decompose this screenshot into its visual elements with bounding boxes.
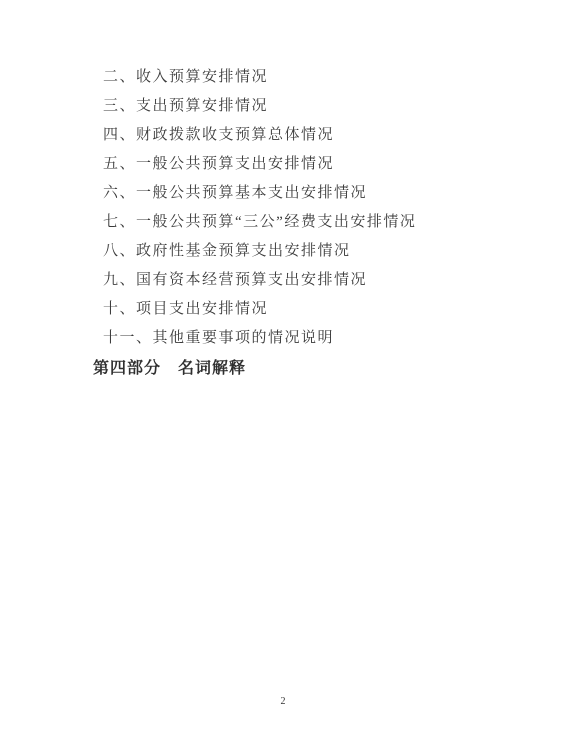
- toc-item: 九、国有资本经营预算支出安排情况: [93, 266, 526, 295]
- toc-item: 十、项目支出安排情况: [93, 295, 526, 324]
- toc-list: 二、收入预算安排情况 三、支出预算安排情况 四、财政拨款收支预算总体情况 五、一…: [93, 63, 526, 383]
- toc-item: 五、一般公共预算支出安排情况: [93, 150, 526, 179]
- toc-item: 六、一般公共预算基本支出安排情况: [93, 179, 526, 208]
- toc-item: 二、收入预算安排情况: [93, 63, 526, 92]
- toc-item: 十一、其他重要事项的情况说明: [93, 324, 526, 353]
- toc-item: 八、政府性基金预算支出安排情况: [93, 237, 526, 266]
- toc-item: 三、支出预算安排情况: [93, 92, 526, 121]
- section-heading: 第四部分 名词解释: [93, 354, 526, 383]
- document-page: 二、收入预算安排情况 三、支出预算安排情况 四、财政拨款收支预算总体情况 五、一…: [0, 0, 566, 729]
- toc-item: 七、一般公共预算“三公”经费支出安排情况: [93, 208, 526, 237]
- page-number: 2: [0, 696, 566, 707]
- toc-item: 四、财政拨款收支预算总体情况: [93, 121, 526, 150]
